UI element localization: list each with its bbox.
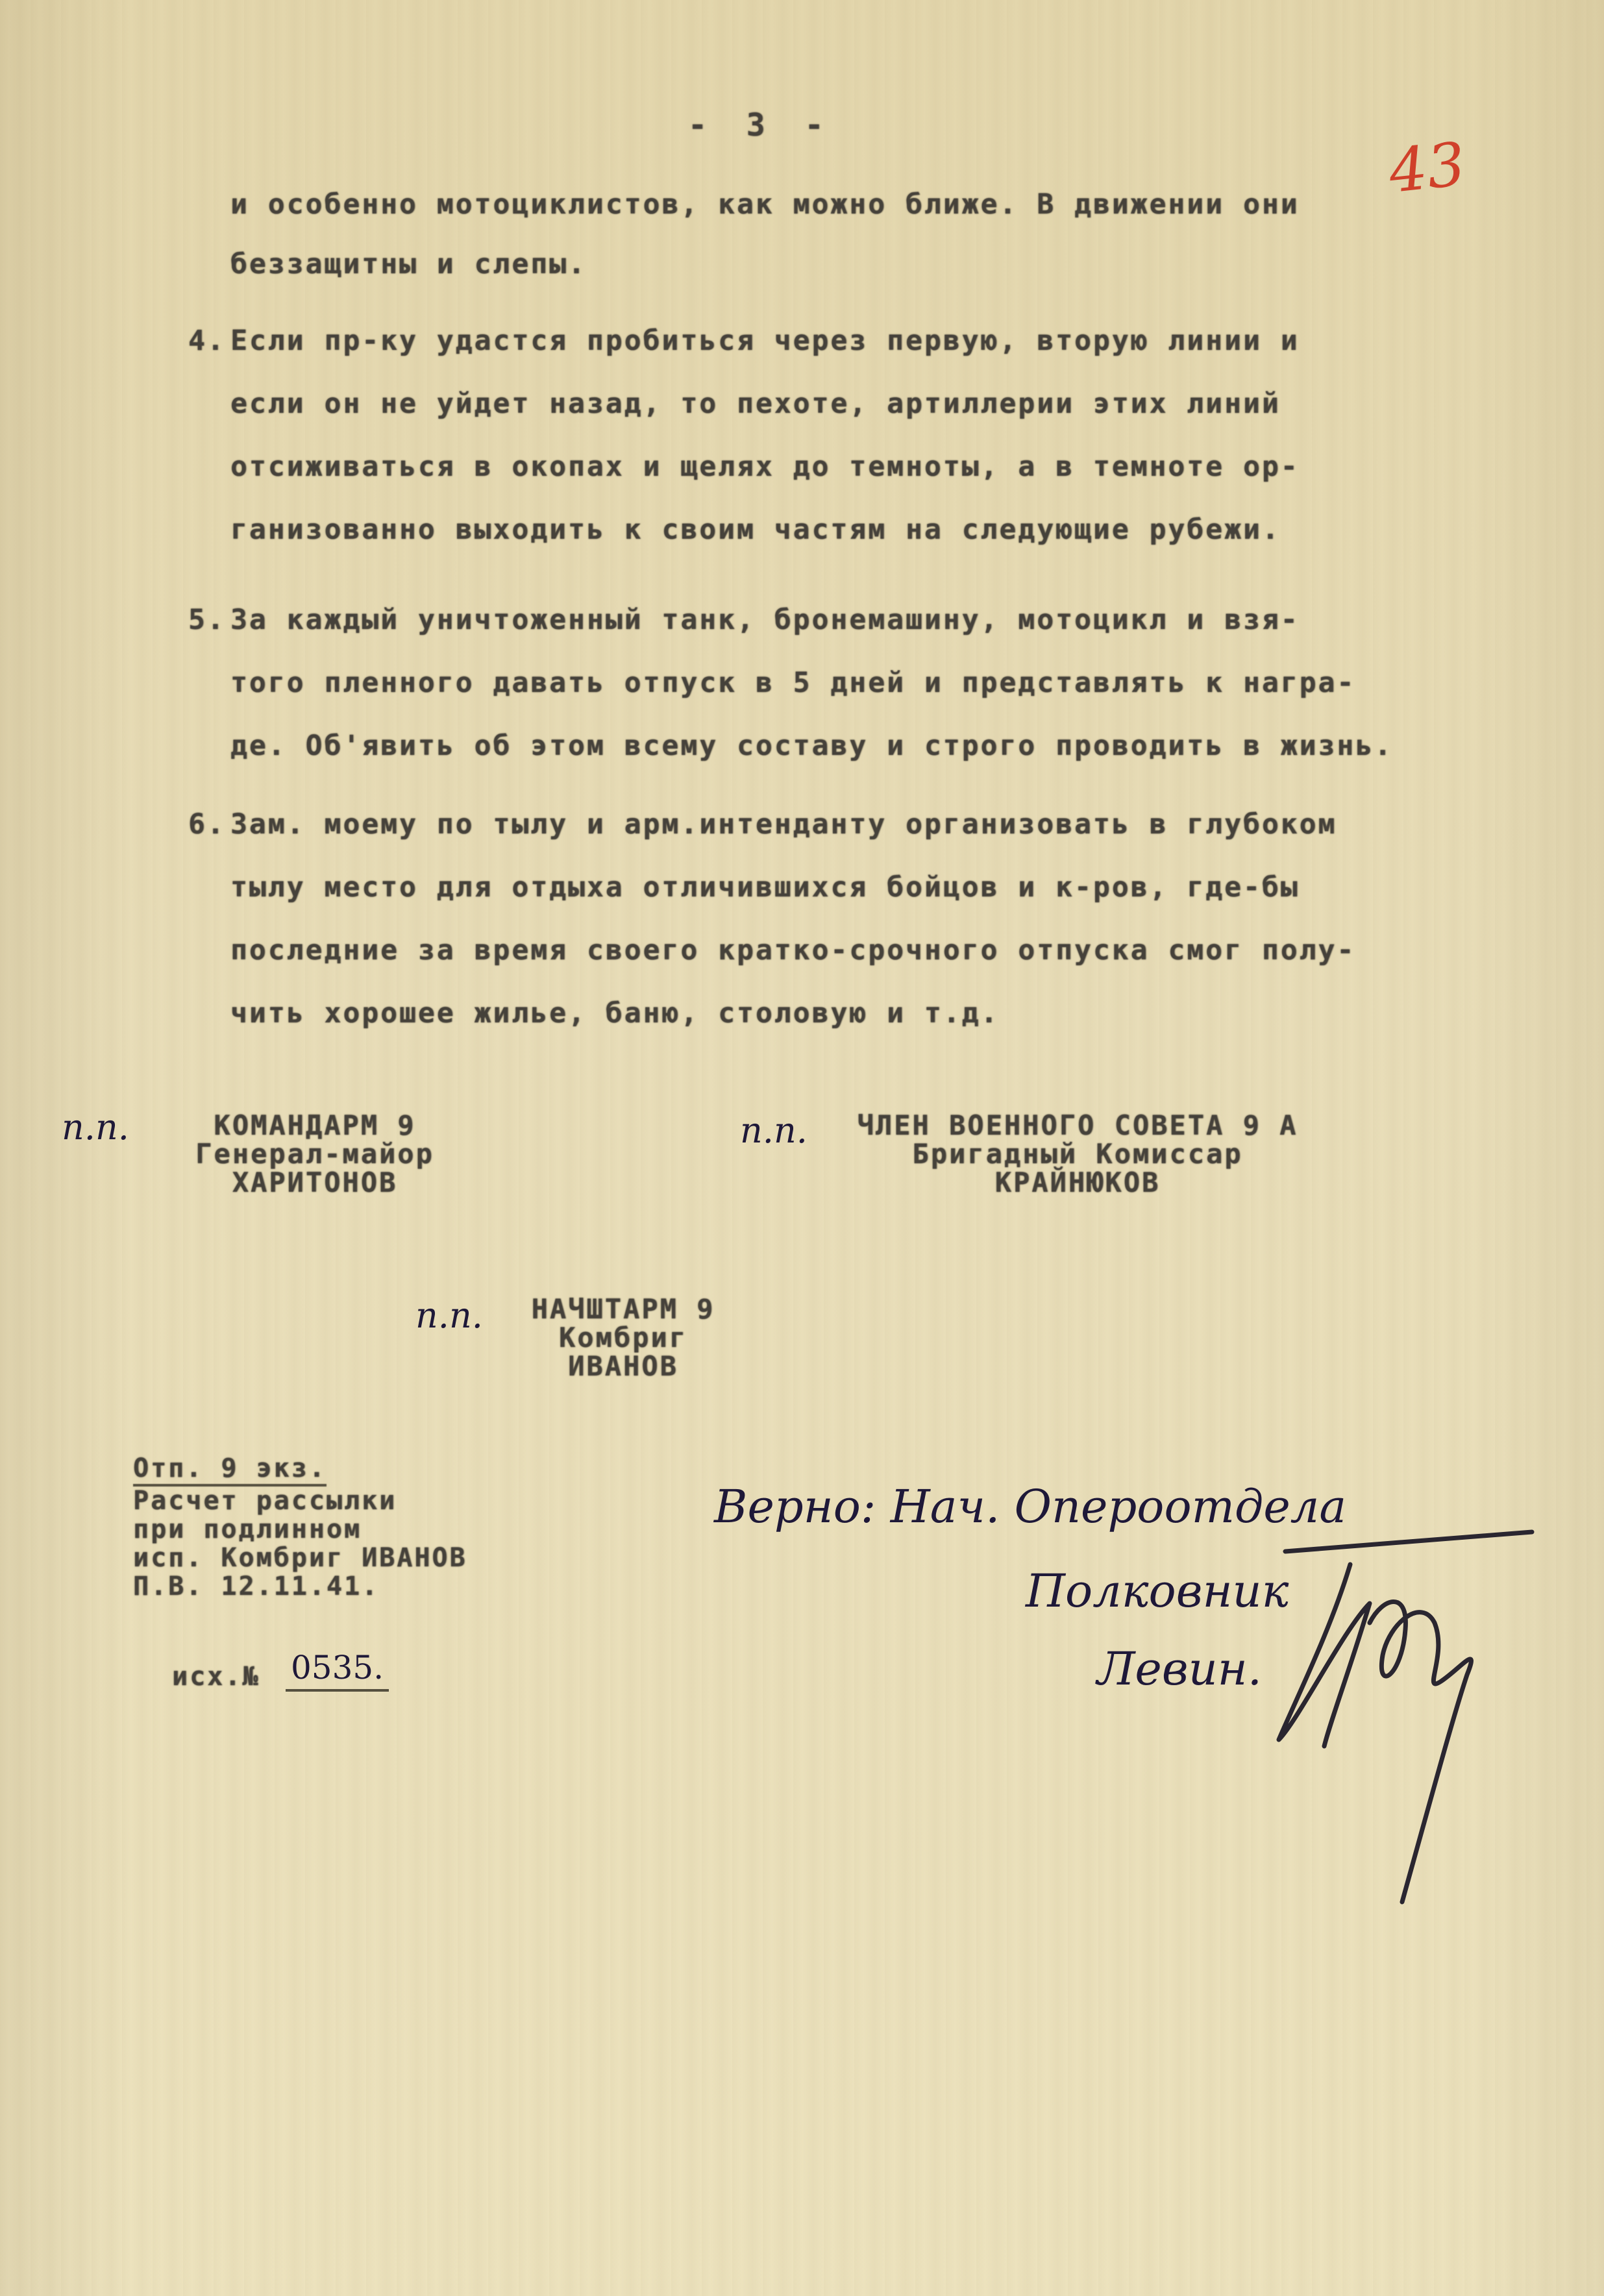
text-line: ганизованно выходить к своим частям на с… [230,513,1281,546]
outgoing-label: исх.№ [172,1662,260,1692]
signature-block-council-member: ЧЛЕН ВОЕННОГО СОВЕТА 9 А Бригадный Комис… [824,1111,1331,1197]
outgoing-number: 0535. [286,1649,389,1692]
handwritten-signature-icon [1272,1525,1545,1928]
item-number: 6. [188,808,226,841]
signature-rank: Бригадный Комиссар [824,1140,1331,1168]
signature-name: ХАРИТОНОВ [166,1168,464,1197]
text-line: За каждый уничтоженный танк, бронемашину… [230,604,1300,636]
certification-name: Левин. [1097,1642,1262,1696]
certification-rank: Полковник [1026,1564,1289,1618]
text-line: того пленного давать отпуск в 5 дней и п… [230,667,1355,699]
text-line: Зам. моему по тылу и арм.интенданту орга… [230,808,1337,841]
page-number: - 3 - [688,107,834,143]
signature-block-chief-of-staff: НАЧШТАРМ 9 Комбриг ИВАНОВ [513,1295,734,1381]
pp-mark-left: п.п. [62,1107,129,1148]
signature-title: ЧЛЕН ВОЕННОГО СОВЕТА 9 А [824,1111,1331,1140]
text-line: де. Об'явить об этом всему составу и стр… [230,730,1393,762]
text-line: и особенно мотоциклистов, как можно ближ… [230,188,1300,221]
item-number: 5. [188,604,226,636]
certification-line: Верно: Нач. Опероотдела [714,1480,1346,1533]
distribution-line: исп. Комбриг ИВАНОВ [133,1544,467,1572]
signature-rank: Генерал-майор [166,1140,464,1168]
signature-name: ИВАНОВ [513,1352,734,1381]
text-line: беззащитны и слепы. [230,248,587,280]
text-line: Если пр-ку удастся пробиться через перву… [230,325,1300,357]
text-line: если он не уйдет назад, то пехоте, артил… [230,388,1281,420]
text-line: отсиживаться в окопах и щелях до темноты… [230,451,1300,483]
pp-mark-right: п.п. [740,1110,808,1151]
signature-name: КРАЙНЮКОВ [824,1168,1331,1197]
signature-rank: Комбриг [513,1324,734,1352]
distribution-line: П.В. 12.11.41. [133,1572,467,1601]
distribution-block: Отп. 9 экз. Расчет рассылки при подлинно… [133,1454,467,1601]
text-line: последние за время своего кратко-срочног… [230,934,1355,967]
text-line: тылу место для отдыха отличившихся бойцо… [230,871,1300,904]
copies-count: Отп. 9 экз. [133,1454,327,1487]
distribution-line: Расчет рассылки [133,1487,467,1515]
signature-title: НАЧШТАРМ 9 [513,1295,734,1324]
signature-block-commander: КОМАНДАРМ 9 Генерал-майор ХАРИТОНОВ [166,1111,464,1197]
item-number: 4. [188,325,226,357]
signature-title: КОМАНДАРМ 9 [166,1111,464,1140]
text-line: чить хорошее жилье, баню, столовую и т.д… [230,997,999,1030]
distribution-line: при подлинном [133,1515,467,1544]
pp-mark-center: п.п. [415,1295,483,1336]
archive-folio-number: 43 [1386,129,1469,206]
